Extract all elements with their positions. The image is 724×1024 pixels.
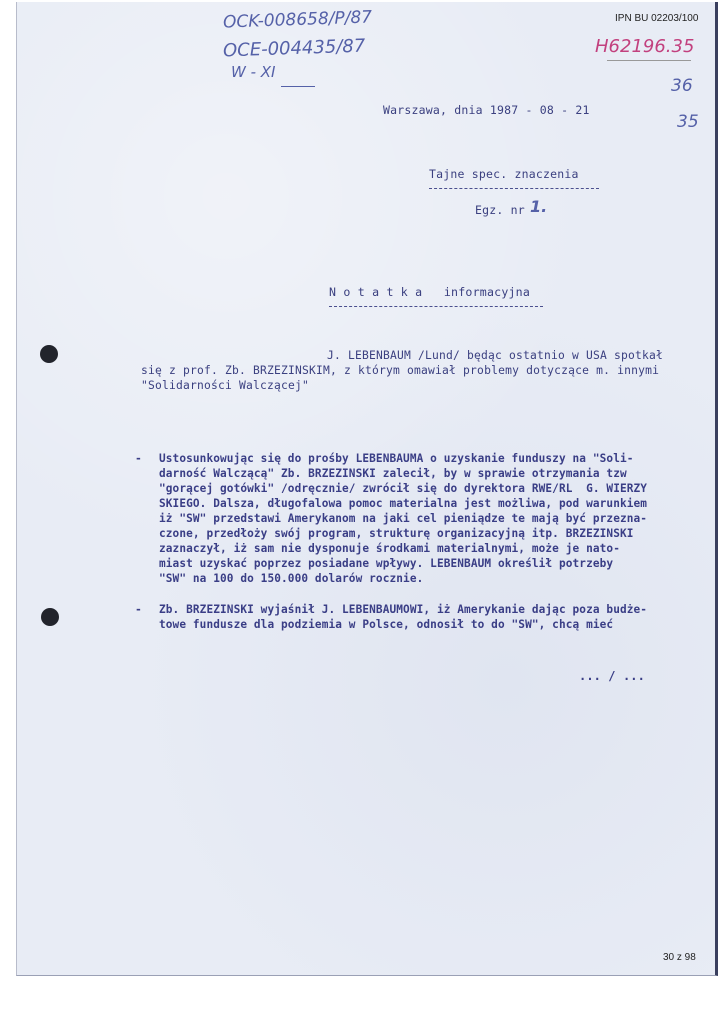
page-counter: 30 z 98 <box>663 952 696 963</box>
bullet-marker-2: - <box>135 603 142 616</box>
document-page: IPN BU 02203/100 OCK-008658/P/87 OCE-004… <box>16 2 718 976</box>
bullet-1-line-4: SKIEGO. Dalsza, długofalowa pomoc materi… <box>159 497 647 510</box>
bullet-2-line-2: towe fundusze dla podziemia w Polsce, od… <box>159 618 613 631</box>
bullet-2-line-1: Zb. BRZEZINSKI wyjaśnił J. LEBENBAUMOWI,… <box>159 603 647 616</box>
intro-line-2: się z prof. Zb. BRZEZINSKIM, z którym om… <box>141 364 659 377</box>
archive-number-underline <box>607 60 691 61</box>
handwritten-page-number-2: 35 <box>677 112 699 132</box>
punch-hole-top <box>40 345 58 363</box>
handwritten-registration-3: W - XI <box>231 63 275 81</box>
archive-signature: IPN BU 02203/100 <box>615 13 698 24</box>
classification-label: Tajne spec. znaczenia <box>429 167 579 181</box>
bullet-1-line-6: czone, przedłoży swój program, strukturę… <box>159 527 634 540</box>
bullet-1-line-7: zaznaczył, iż sam nie dysponuje środkami… <box>159 542 620 555</box>
handwritten-underline <box>281 86 315 87</box>
handwritten-copy-number: 1. <box>530 197 547 216</box>
copy-number-label: Egz. nr <box>475 203 525 217</box>
intro-line-1: J. LEBENBAUM /Lund/ będąc ostatnio w USA… <box>327 349 663 362</box>
handwritten-archive-number: H62196.35 <box>595 36 694 57</box>
bullet-1-line-3: "gorącej gotówki" /odręcznie/ zwrócił si… <box>159 482 647 495</box>
punch-hole-bottom <box>41 608 59 626</box>
handwritten-page-number-1: 36 <box>671 76 693 96</box>
document-title: N o t a t k a informacyjna <box>329 285 530 299</box>
continuation-marker: ... / ... <box>579 669 645 683</box>
title-underline <box>329 306 543 307</box>
bullet-1-line-5: iż "SW" przedstawi Amerykanom na jaki ce… <box>159 512 647 525</box>
bullet-marker-1: - <box>135 452 142 465</box>
bullet-1-line-9: "SW" na 100 do 150.000 dolarów rocznie. <box>159 572 423 585</box>
intro-line-3: "Solidarności Walczącej" <box>141 379 309 392</box>
handwritten-registration-1: OCK-008658/P/87 <box>223 7 373 32</box>
classification-underline <box>429 188 599 189</box>
handwritten-registration-2: OCE-004435/87 <box>223 36 366 62</box>
bullet-1-line-2: darność Walczącą" Zb. BRZEZINSKI zalecił… <box>159 467 627 480</box>
bullet-1-line-8: miast uzyskać poprzez posiadane wpływy. … <box>159 557 613 570</box>
place-date: Warszawa, dnia 1987 - 08 - 21 <box>383 103 590 117</box>
bullet-1-line-1: Ustosunkowując się do prośby LEBENBAUMA … <box>159 452 634 465</box>
